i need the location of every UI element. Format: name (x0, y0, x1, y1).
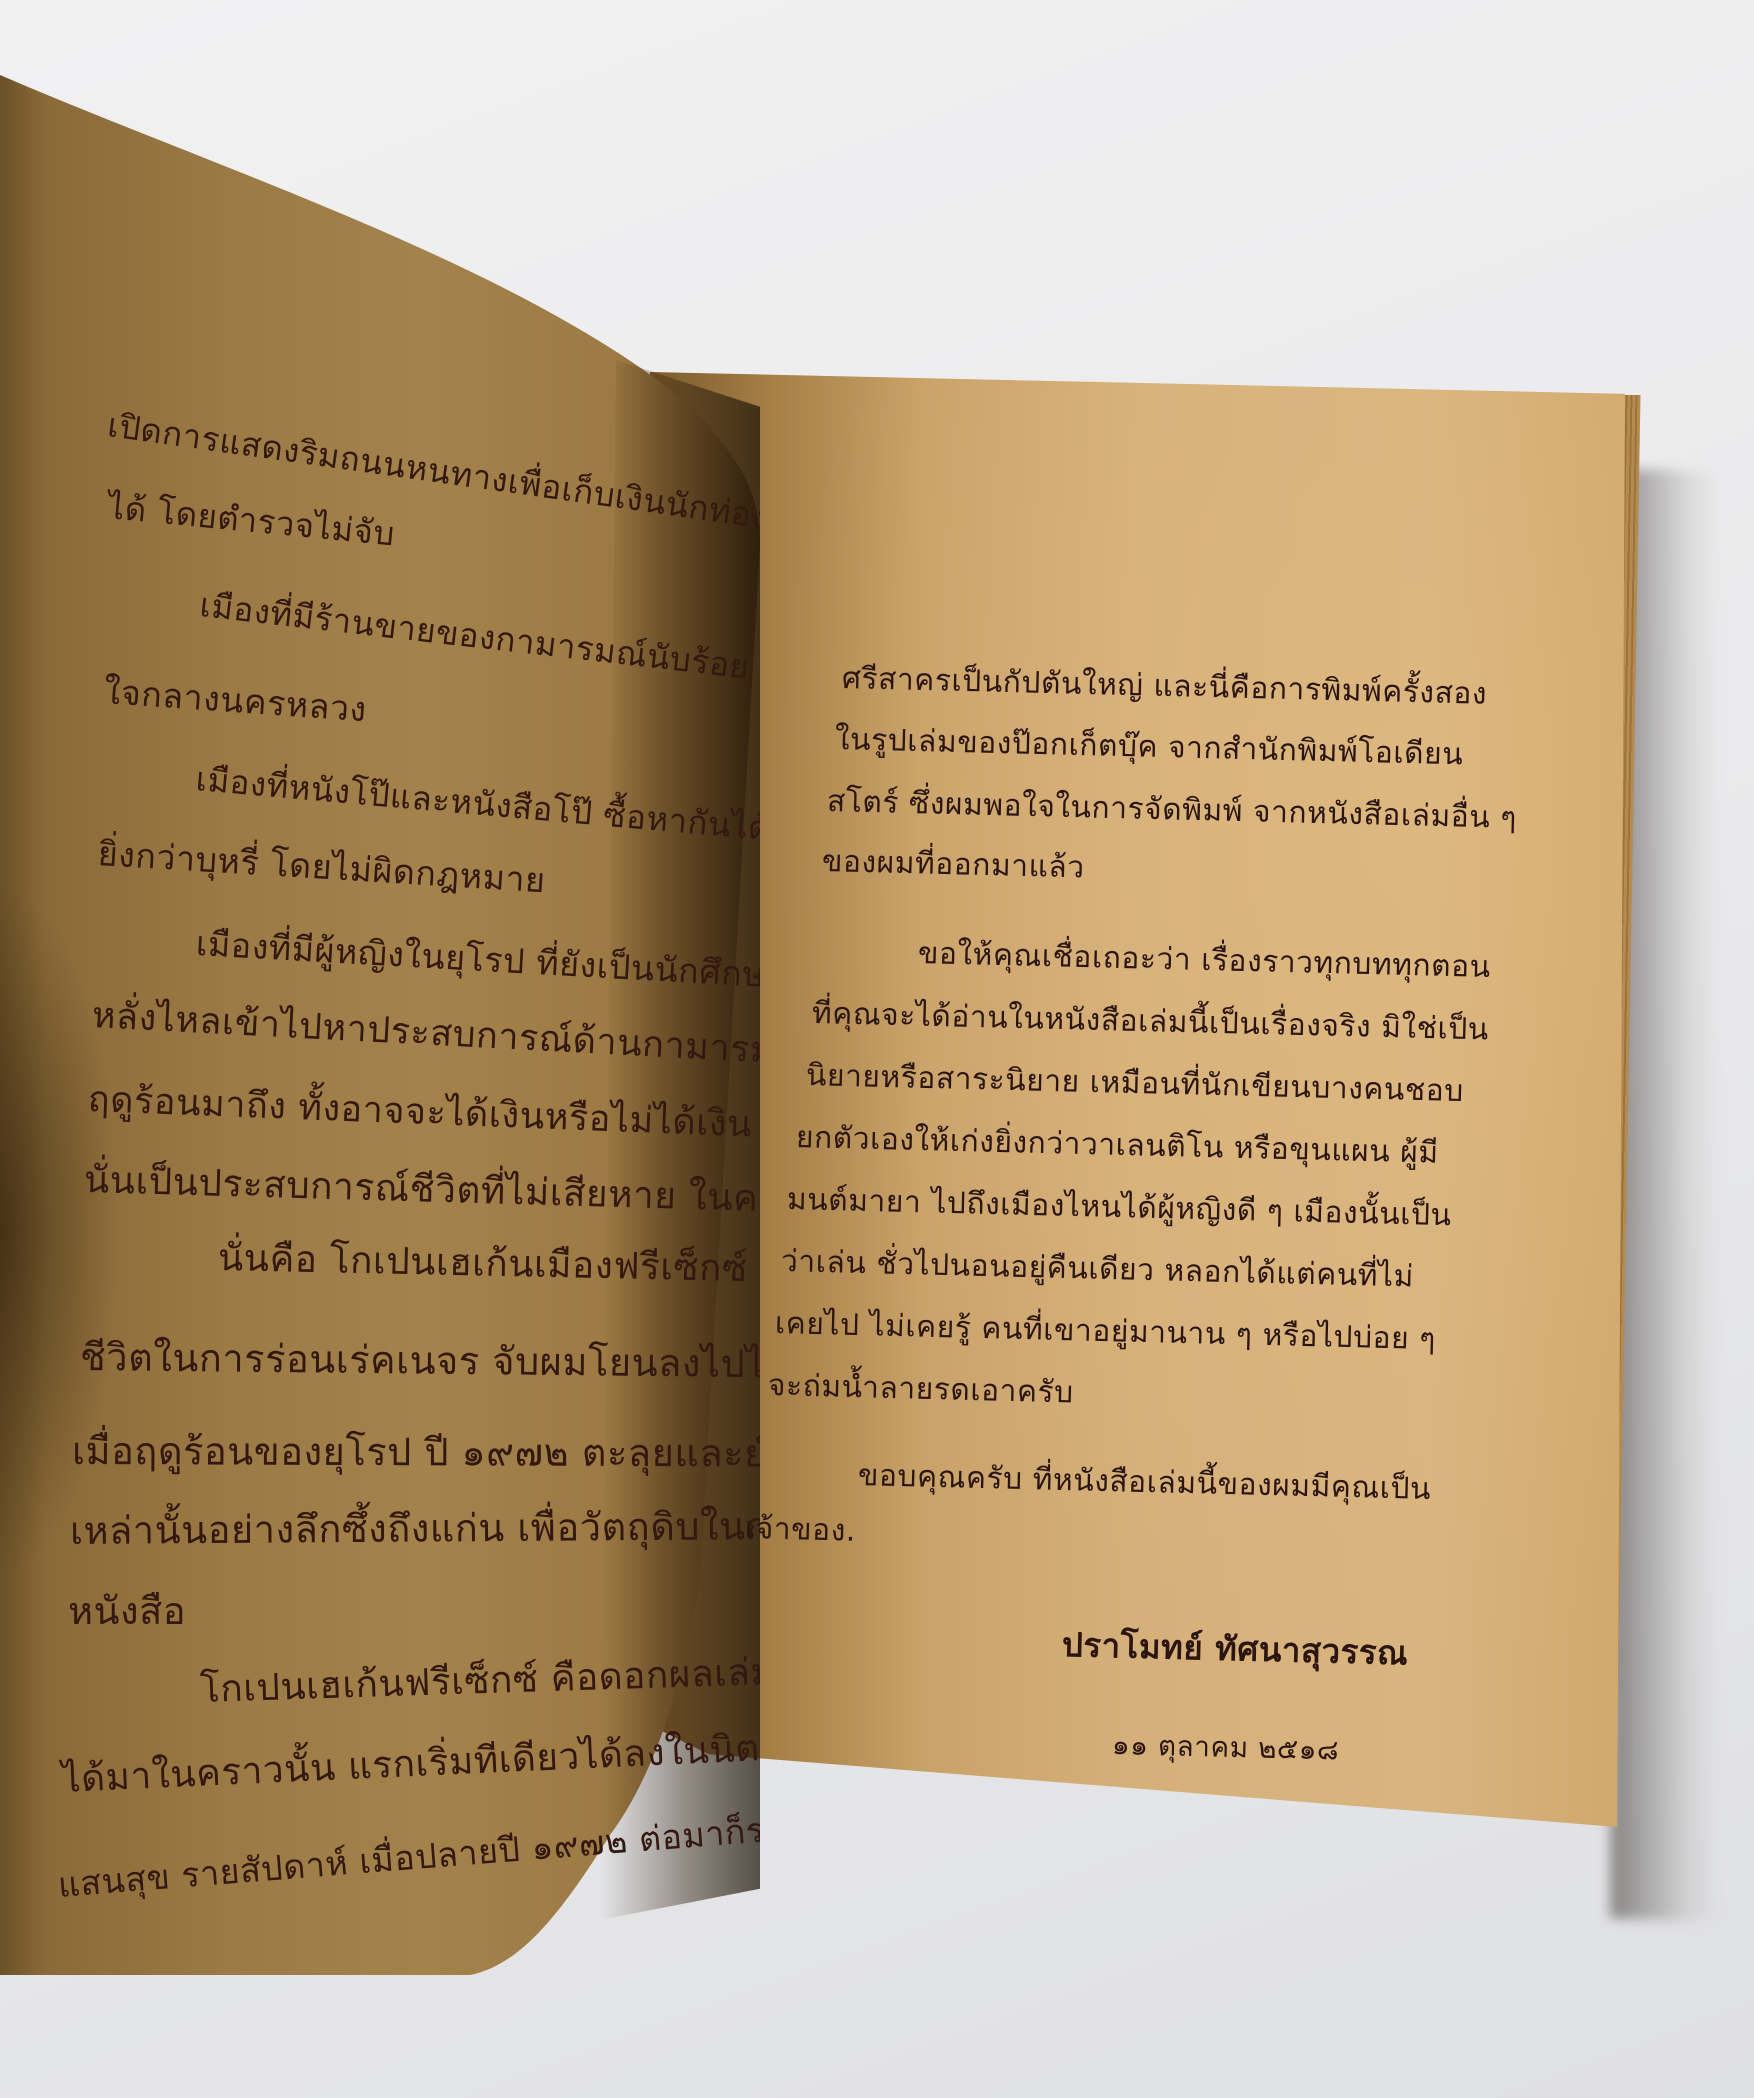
text-line: ที่คุณจะได้อ่านในหนังสือเล่มนี้เป็นเรื่อ… (811, 990, 1489, 1054)
text-line: ขอบคุณครับ ที่หนังสือเล่มนี้ของผมมีคุณเป… (857, 1452, 1431, 1513)
text-line: ฤดูร้อนมาถึง ทั้งอาจจะได้เงินหรือไม่ได้เ… (87, 1070, 760, 1155)
text-line: หนังสือ (68, 1580, 186, 1641)
text-line: นั่นเป็นประสบการณ์ชีวิตที่ไม่เสียหาย ในค… (83, 1150, 760, 1232)
signature-date: ๑๑ ตุลาคม ๒๕๑๘ (1111, 1723, 1339, 1773)
text-line: เคยไป ไม่เคยรู้ คนที่เขาอยู่มานาน ๆ หรือ… (774, 1300, 1436, 1363)
text-line: เจ้าของ. (744, 1505, 856, 1555)
text-line: ใจกลางนครหลวง (102, 664, 368, 736)
text-line: เมื่อฤดูร้อนของยุโรป ปี ๑๙๗๒ ตะลุยและย่ำ… (72, 1420, 760, 1484)
text-line: นิยายหรือสาระนิยาย เหมือนที่นักเขียนบางค… (805, 1052, 1464, 1115)
text-line: ยิ่งกว่าบุหรี่ โดยไม่ผิดกฎหมาย (96, 826, 547, 907)
text-line: ว่าเล่น ชั่วไปนอนอยู่คืนเดียว หลอกได้แต่… (780, 1238, 1414, 1300)
left-page-text: เปิดการแสดงริมถนนหนทางเพื่อเก็บเงินนักท่… (0, 0, 760, 2098)
text-line: นั่นคือ โกเปนเฮเก้นเมืองฟรีเซ็กซ์ ซึ่งจั… (217, 1228, 760, 1302)
text-line: หลั่งไหลเข้าไปหาประสบการณ์ด้านกามารมณ์ใน… (91, 986, 760, 1086)
text-line: เหล่านั้นอย่างลึกซึ้งถึงแก่น เพื่อวัตถุด… (70, 1494, 760, 1561)
photo-scene: ศรีสาครเป็นกัปตันใหญ่ และนี่คือการพิมพ์ค… (0, 0, 1754, 2098)
text-line: ได้มาในคราวนั้น แรกเริ่มทีเดียวได้ลงในนิ… (61, 1714, 760, 1809)
text-line: เมืองที่มีผู้หญิงในยุโรป ที่ยังเป็นนักศึ… (194, 916, 760, 1003)
text-line: จะถ่มน้ำลายรดเอาครับ (767, 1362, 1074, 1416)
text-line: ได้ โดยตำรวจไม่จับ (105, 480, 397, 560)
text-line: โกเปนเฮเก้นฟรีเซ็กซ์ คือดอกผลเล่มหนึ่งที… (199, 1639, 760, 1719)
text-line: สโตร์ ซึ่งผมพอใจในการจัดพิมพ์ จากหนังสือ… (826, 778, 1517, 842)
text-line: ศรีสาครเป็นกัปตันใหญ่ และนี่คือการพิมพ์ค… (841, 655, 1487, 718)
text-line: ยกตัวเองให้เก่งยิ่งกว่าวาเลนติโน หรือขุน… (795, 1114, 1439, 1177)
author-signature: ปราโมทย์ ทัศนาสุวรรณ (1061, 1618, 1408, 1679)
text-line: ของผมที่ออกมาแล้ว (821, 838, 1085, 891)
text-line: มนต์มายา ไปถึงเมืองไหนได้ผู้หญิงดี ๆ เมื… (786, 1176, 1452, 1239)
text-line: ชีวิตในการร่อนเร่คเนจร จับผมโยนลงไปไว้ที… (80, 1326, 760, 1395)
text-line: ในรูปเล่มของป๊อกเก็ตบุ๊ค จากสำนักพิมพ์โอ… (834, 716, 1463, 778)
text-line: ขอให้คุณเชื่อเถอะว่า เรื่องราวทุกบททุกตอ… (917, 930, 1491, 991)
text-line: แสนสุข รายสัปดาห์ เมื่อปลายปี ๑๙๗๒ ต่อมา… (56, 1795, 760, 1912)
